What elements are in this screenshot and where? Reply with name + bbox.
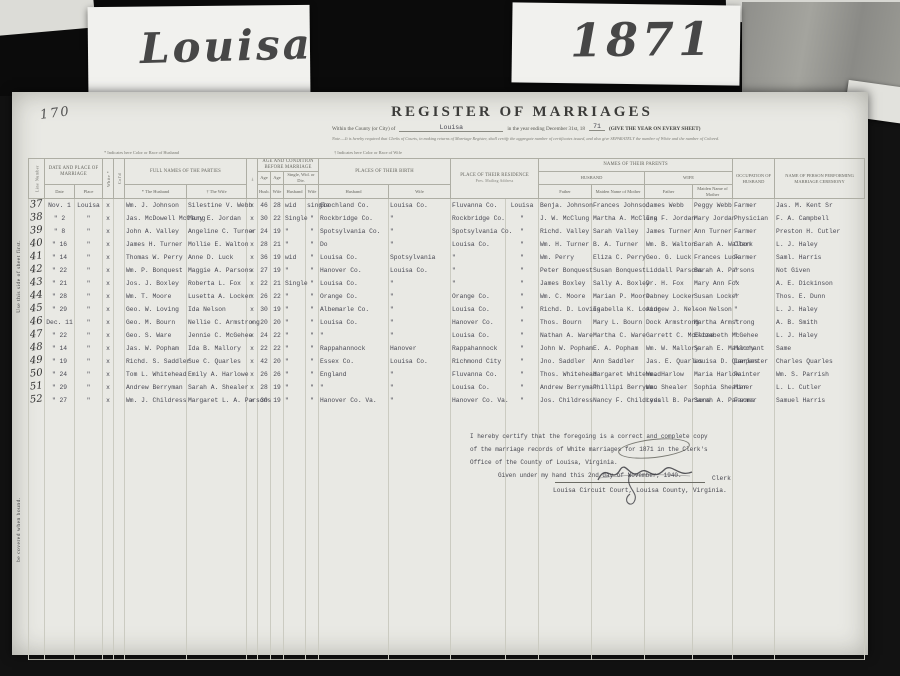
- cell-age-husband: 22: [258, 342, 271, 355]
- year-ending-label: in the year ending December 31st, 18: [507, 126, 585, 132]
- cell-father-of-wife: Wm. B. Walton: [645, 238, 693, 251]
- cell-husband-name: Tom L. Whitehead: [125, 368, 187, 381]
- empty-cell-occupation: [733, 563, 775, 575]
- empty-cell-marriage-date: [45, 587, 75, 599]
- cell-age-wife: 22: [271, 212, 284, 225]
- empty-cell-line-number: [29, 527, 45, 539]
- empty-cell-birthplace-wife: [389, 647, 451, 659]
- cell-marriage-place: ": [75, 238, 103, 251]
- cell-marriage-place: ": [75, 329, 103, 342]
- empty-cell-mailing-address: [506, 491, 539, 503]
- cell-line-number: 43: [29, 277, 45, 290]
- cell-condition-husband: wid: [284, 199, 306, 213]
- empty-cell-condition-wife: [306, 467, 319, 479]
- empty-cell-condition-wife: [306, 539, 319, 551]
- empty-cell-condition-wife: [306, 635, 319, 647]
- empty-cell-race-mark-wife: [247, 563, 258, 575]
- empty-cell-wife-name: [187, 515, 247, 527]
- empty-cell-condition-husband: [284, 551, 306, 563]
- cell-age-husband: 36: [258, 251, 271, 264]
- margin-binding-note: be covered when bound. Use this side of …: [16, 240, 22, 562]
- empty-cell-mother-of-wife: [693, 539, 733, 551]
- cell-birthplace-wife: ": [389, 290, 451, 303]
- cell-residence-place: Rappahannock: [451, 342, 506, 355]
- empty-cell-marriage-date: [45, 623, 75, 635]
- empty-cell-marriage-place: [75, 539, 103, 551]
- empty-cell-mother-of-husband: [592, 551, 645, 563]
- empty-cell-mother-of-wife: [693, 527, 733, 539]
- empty-cell-wife-name: [187, 563, 247, 575]
- cell-condition-wife: ": [306, 381, 319, 394]
- empty-cell-occupation: [733, 515, 775, 527]
- empty-cell-marriage-date: [45, 527, 75, 539]
- empty-cell-mother-of-wife: [693, 635, 733, 647]
- empty-cell-race-mark-husband: [103, 467, 114, 479]
- empty-cell-condition-wife: [306, 503, 319, 515]
- cell-condition-wife: ": [306, 316, 319, 329]
- empty-cell-husband-name: [125, 491, 187, 503]
- empty-cell-birthplace-wife: [389, 503, 451, 515]
- empty-cell-wife-name: [187, 527, 247, 539]
- empty-cell-line-number: [29, 455, 45, 467]
- empty-cell-marriage-place: [75, 635, 103, 647]
- col-group-residence: PLACE OF THEIR RESIDENCE Pres. Mailing A…: [451, 159, 539, 199]
- empty-cell-father-of-wife: [645, 611, 693, 623]
- empty-cell-marriage-place: [75, 503, 103, 515]
- cell-age-wife: 28: [271, 199, 284, 213]
- register-row: 51" 29"xAndrew BerrymanSarah A. Shealerx…: [29, 381, 865, 394]
- empty-cell-mother-of-wife: [693, 551, 733, 563]
- empty-cell-condition-husband: [284, 587, 306, 599]
- empty-cell-race-mark-husband: [103, 443, 114, 455]
- empty-cell-occupation: [733, 611, 775, 623]
- col-birth-wife: Wife: [389, 185, 451, 199]
- cell-husband-name: Geo. S. Ware: [125, 329, 187, 342]
- cell-age-wife: 19: [271, 251, 284, 264]
- col-parents-husband: HUSBAND: [539, 172, 645, 185]
- cell-birthplace-husband: Hanover Co.: [319, 264, 389, 277]
- cell-father-of-husband: Nathan A. Ware: [539, 329, 592, 342]
- cell-marriage-date: " 16: [45, 238, 75, 251]
- empty-cell-mailing-address: [506, 551, 539, 563]
- cell-occupation: Clerk: [733, 238, 775, 251]
- cell-line-number: 52: [29, 394, 45, 407]
- register-row: 41" 14"xThomas W. PerryAnne D. Luckx3619…: [29, 251, 865, 264]
- cell-marriage-date: " 2: [45, 212, 75, 225]
- cell-marriage-place: ": [75, 381, 103, 394]
- cell-race-mark-2: [114, 381, 125, 394]
- empty-cell-race-mark-husband: [103, 635, 114, 647]
- empty-cell-birthplace-husband: [319, 587, 389, 599]
- cell-residence-place: Hanover Co. Va.: [451, 394, 506, 407]
- cell-father-of-husband: James Boxley: [539, 277, 592, 290]
- cell-husband-name: Geo. W. Loving: [125, 303, 187, 316]
- cell-race-mark-husband: x: [103, 368, 114, 381]
- empty-cell-birthplace-husband: [319, 407, 389, 419]
- cell-race-mark-2: [114, 329, 125, 342]
- cell-father-of-husband: Wm. C. Moore: [539, 290, 592, 303]
- empty-cell-race-mark-husband: [103, 527, 114, 539]
- year-label-card: 1871: [511, 2, 740, 85]
- empty-cell-birthplace-wife: [389, 443, 451, 455]
- empty-cell-race-mark-husband: [103, 431, 114, 443]
- empty-cell-condition-husband: [284, 407, 306, 419]
- empty-cell-condition-husband: [284, 563, 306, 575]
- empty-cell-age-husband: [258, 563, 271, 575]
- cell-mailing-address: ": [506, 212, 539, 225]
- empty-cell-minister-name: [775, 647, 865, 659]
- empty-cell-husband-name: [125, 623, 187, 635]
- empty-cell-condition-wife: [306, 587, 319, 599]
- empty-cell-birthplace-husband: [319, 527, 389, 539]
- cell-line-number: 50: [29, 368, 45, 381]
- empty-cell-line-number: [29, 431, 45, 443]
- empty-cell-mailing-address: [506, 635, 539, 647]
- empty-cell-age-wife: [271, 611, 284, 623]
- cell-birthplace-wife: Louisa Co.: [389, 264, 451, 277]
- cell-marriage-date: " 29: [45, 381, 75, 394]
- empty-cell-residence-place: [451, 599, 506, 611]
- empty-cell-mother-of-husband: [592, 527, 645, 539]
- cell-race-mark-wife: x: [247, 368, 258, 381]
- empty-cell-residence-place: [451, 515, 506, 527]
- empty-cell-minister-name: [775, 575, 865, 587]
- empty-cell-minister-name: [775, 611, 865, 623]
- empty-cell-occupation: [733, 539, 775, 551]
- cell-wife-name: Angeline C. Turner: [187, 225, 247, 238]
- empty-cell-father-of-husband: [539, 539, 592, 551]
- empty-cell-age-wife: [271, 443, 284, 455]
- empty-register-row: [29, 527, 865, 539]
- empty-cell-occupation: [733, 407, 775, 419]
- empty-register-row: [29, 563, 865, 575]
- empty-cell-race-mark-2: [114, 503, 125, 515]
- cell-condition-wife: ": [306, 342, 319, 355]
- empty-cell-race-mark-2: [114, 491, 125, 503]
- register-row: 38" 2"xJas. McDowell McClungMary E. Jord…: [29, 212, 865, 225]
- empty-cell-race-mark-2: [114, 551, 125, 563]
- empty-cell-condition-husband: [284, 539, 306, 551]
- cell-birthplace-husband: Louisa Co.: [319, 316, 389, 329]
- empty-cell-mother-of-wife: [693, 563, 733, 575]
- empty-cell-wife-name: [187, 539, 247, 551]
- cell-father-of-wife: Wm. W. Mallory: [645, 342, 693, 355]
- empty-cell-age-husband: [258, 527, 271, 539]
- empty-cell-birthplace-husband: [319, 599, 389, 611]
- empty-cell-wife-name: [187, 419, 247, 431]
- empty-cell-wife-name: [187, 587, 247, 599]
- cell-mailing-address: ": [506, 303, 539, 316]
- empty-cell-age-wife: [271, 527, 284, 539]
- cell-marriage-place: ": [75, 342, 103, 355]
- empty-cell-marriage-date: [45, 539, 75, 551]
- empty-cell-occupation: [733, 647, 775, 659]
- empty-cell-wife-name: [187, 455, 247, 467]
- empty-cell-line-number: [29, 539, 45, 551]
- cell-birthplace-husband: Louisa Co.: [319, 277, 389, 290]
- cell-mother-of-wife: Peggy Webb: [693, 199, 733, 213]
- cell-marriage-date: " 14: [45, 342, 75, 355]
- cell-residence-place: ": [451, 251, 506, 264]
- cell-minister-name: L. J. Haley: [775, 303, 865, 316]
- cell-residence-place: Orange Co.: [451, 290, 506, 303]
- cell-husband-name: Richd. S. Saddler: [125, 355, 187, 368]
- year-instruction: (GIVE THE YEAR ON EVERY SHEET): [609, 126, 700, 132]
- empty-cell-race-mark-wife: [247, 611, 258, 623]
- cell-birthplace-wife: ": [389, 329, 451, 342]
- cell-residence-place: ": [451, 264, 506, 277]
- empty-cell-father-of-husband: [539, 515, 592, 527]
- empty-cell-mother-of-wife: [693, 515, 733, 527]
- col-father-wife: Father: [645, 185, 693, 199]
- margin-note-bottom: be covered when bound.: [16, 497, 22, 562]
- cell-age-wife: 21: [271, 238, 284, 251]
- col-minister: NAME OF PERSON PERFORMING MARRIAGE CEREM…: [775, 159, 865, 199]
- empty-cell-residence-place: [451, 623, 506, 635]
- empty-cell-wife-name: [187, 503, 247, 515]
- empty-cell-race-mark-2: [114, 575, 125, 587]
- empty-cell-line-number: [29, 419, 45, 431]
- cell-race-mark-2: [114, 303, 125, 316]
- cell-race-mark-husband: x: [103, 316, 114, 329]
- empty-cell-wife-name: [187, 443, 247, 455]
- empty-cell-father-of-wife: [645, 515, 693, 527]
- empty-cell-birthplace-husband: [319, 575, 389, 587]
- cell-race-mark-husband: x: [103, 342, 114, 355]
- empty-cell-condition-husband: [284, 443, 306, 455]
- cell-husband-name: Wm. P. Bonquest: [125, 264, 187, 277]
- empty-cell-residence-place: [451, 491, 506, 503]
- empty-cell-race-mark-husband: [103, 575, 114, 587]
- col-occupation: OCCUPATION OF HUSBAND: [733, 159, 775, 199]
- empty-cell-age-wife: [271, 467, 284, 479]
- cell-condition-wife: ": [306, 394, 319, 407]
- empty-cell-race-mark-2: [114, 599, 125, 611]
- cell-age-husband: 24: [258, 329, 271, 342]
- empty-cell-husband-name: [125, 479, 187, 491]
- empty-register-row: [29, 539, 865, 551]
- empty-cell-mailing-address: [506, 515, 539, 527]
- empty-cell-line-number: [29, 515, 45, 527]
- cell-minister-name: L. J. Haley: [775, 329, 865, 342]
- empty-cell-race-mark-2: [114, 563, 125, 575]
- cell-line-number: 45: [29, 303, 45, 316]
- empty-cell-birthplace-wife: [389, 431, 451, 443]
- cell-line-number: 39: [29, 225, 45, 238]
- cell-birthplace-wife: Spotsylvania: [389, 251, 451, 264]
- empty-cell-birthplace-husband: [319, 563, 389, 575]
- cell-condition-husband: ": [284, 238, 306, 251]
- col-date: Date: [45, 185, 75, 199]
- empty-cell-line-number: [29, 503, 45, 515]
- cell-birthplace-husband: Essex Co.: [319, 355, 389, 368]
- empty-cell-father-of-wife: [645, 527, 693, 539]
- cell-line-number: 44: [29, 290, 45, 303]
- empty-cell-age-wife: [271, 479, 284, 491]
- cell-marriage-place: ": [75, 225, 103, 238]
- empty-cell-condition-husband: [284, 575, 306, 587]
- empty-cell-race-mark-wife: [247, 599, 258, 611]
- col-age-1: Age: [258, 172, 271, 185]
- empty-cell-mother-of-husband: [592, 635, 645, 647]
- empty-cell-residence-place: [451, 407, 506, 419]
- empty-cell-minister-name: [775, 635, 865, 647]
- empty-cell-mother-of-wife: [693, 599, 733, 611]
- empty-cell-father-of-wife: [645, 635, 693, 647]
- clerks-instruction-note: Note.—It is hereby required that Clerks …: [332, 136, 862, 141]
- col-age-wife: Wife: [271, 185, 284, 199]
- cell-birthplace-husband: Rappahannock: [319, 342, 389, 355]
- col-group-parents: NAMES OF THEIR PARENTS: [539, 159, 733, 172]
- empty-cell-line-number: [29, 479, 45, 491]
- empty-cell-age-husband: [258, 635, 271, 647]
- empty-cell-condition-husband: [284, 419, 306, 431]
- cell-mother-of-husband: Phillipi Berryman: [592, 381, 645, 394]
- empty-cell-age-wife: [271, 623, 284, 635]
- cell-condition-husband: ": [284, 355, 306, 368]
- empty-cell-race-mark-wife: [247, 467, 258, 479]
- empty-cell-residence-place: [451, 527, 506, 539]
- register-table-header: Line Number DATE AND PLACE OF MARRIAGE W…: [29, 159, 865, 199]
- cell-husband-name: John A. Valley: [125, 225, 187, 238]
- col-husband-name: * The Husband: [125, 185, 187, 199]
- cell-residence-place: Louisa Co.: [451, 381, 506, 394]
- empty-cell-occupation: [733, 503, 775, 515]
- cell-marriage-place: ": [75, 277, 103, 290]
- empty-cell-mailing-address: [506, 647, 539, 659]
- cell-mother-of-wife: Ann Turner: [693, 225, 733, 238]
- cell-father-of-wife: Ira F. Jordan: [645, 212, 693, 225]
- cell-race-mark-husband: x: [103, 212, 114, 225]
- empty-cell-residence-place: [451, 635, 506, 647]
- register-row: 46Dec. 11"xGeo. M. BournNellie C. Armstr…: [29, 316, 865, 329]
- cell-mailing-address: ": [506, 342, 539, 355]
- cell-mother-of-wife: Martha Armstrong: [693, 316, 733, 329]
- empty-cell-race-mark-2: [114, 635, 125, 647]
- cell-mother-of-husband: Nancy F. Childress: [592, 394, 645, 407]
- empty-cell-condition-wife: [306, 479, 319, 491]
- empty-cell-occupation: [733, 491, 775, 503]
- empty-cell-race-mark-wife: [247, 431, 258, 443]
- col-line-number: Line Number: [29, 159, 45, 199]
- empty-cell-race-mark-2: [114, 443, 125, 455]
- empty-cell-marriage-date: [45, 563, 75, 575]
- cell-marriage-date: " 14: [45, 251, 75, 264]
- cell-mother-of-wife: Elizabeth McGehee: [693, 329, 733, 342]
- cell-race-mark-wife: x: [247, 355, 258, 368]
- register-row: 42" 22"xWm. P. BonquestMaggie A. Parsons…: [29, 264, 865, 277]
- empty-cell-occupation: [733, 575, 775, 587]
- empty-cell-age-husband: [258, 503, 271, 515]
- cell-father-of-wife: Andrew J. Nelson: [645, 303, 693, 316]
- cell-minister-name: Not Given: [775, 264, 865, 277]
- cell-age-husband: 20: [258, 316, 271, 329]
- cell-birthplace-husband: Goochland Co.: [319, 199, 389, 213]
- cell-marriage-date: " 28: [45, 290, 75, 303]
- empty-cell-birthplace-wife: [389, 539, 451, 551]
- cell-birthplace-husband: Do: [319, 238, 389, 251]
- col-group-full-names: FULL NAMES OF THE PARTIES: [125, 159, 247, 185]
- cell-husband-name: Thomas W. Perry: [125, 251, 187, 264]
- empty-cell-marriage-date: [45, 443, 75, 455]
- cell-wife-name: Nellie C. Armstrong: [187, 316, 247, 329]
- empty-cell-husband-name: [125, 575, 187, 587]
- cell-birthplace-wife: ": [389, 238, 451, 251]
- cell-father-of-husband: Jno. Saddler: [539, 355, 592, 368]
- cell-marriage-place: ": [75, 303, 103, 316]
- cell-condition-husband: ": [284, 225, 306, 238]
- cell-condition-husband: ": [284, 316, 306, 329]
- empty-cell-marriage-date: [45, 575, 75, 587]
- cell-condition-wife: ": [306, 355, 319, 368]
- cell-wife-name: Mollie E. Walton: [187, 238, 247, 251]
- empty-cell-father-of-wife: [645, 623, 693, 635]
- cell-condition-wife: ": [306, 368, 319, 381]
- empty-cell-condition-husband: [284, 515, 306, 527]
- cell-mother-of-husband: Margaret Whitehead: [592, 368, 645, 381]
- empty-cell-husband-name: [125, 635, 187, 647]
- empty-cell-mother-of-wife: [693, 407, 733, 419]
- empty-cell-condition-husband: [284, 479, 306, 491]
- empty-cell-husband-name: [125, 407, 187, 419]
- cell-marriage-place: ": [75, 264, 103, 277]
- cell-race-mark-2: [114, 342, 125, 355]
- cell-mother-of-husband: Sally A. Boxley: [592, 277, 645, 290]
- empty-cell-race-mark-husband: [103, 503, 114, 515]
- cell-residence-place: Hanover Co.: [451, 316, 506, 329]
- cell-line-number: 42: [29, 264, 45, 277]
- empty-cell-condition-husband: [284, 431, 306, 443]
- empty-cell-minister-name: [775, 503, 865, 515]
- empty-cell-condition-wife: [306, 419, 319, 431]
- cell-marriage-place: ": [75, 316, 103, 329]
- cell-age-husband: 30: [258, 303, 271, 316]
- cell-mailing-address: ": [506, 290, 539, 303]
- empty-cell-race-mark-2: [114, 479, 125, 491]
- empty-cell-race-mark-husband: [103, 539, 114, 551]
- cell-residence-place: Rockbridge Co.: [451, 212, 506, 225]
- cell-race-mark-2: [114, 199, 125, 213]
- empty-cell-age-husband: [258, 539, 271, 551]
- cell-father-of-wife: Dock Armstrong: [645, 316, 693, 329]
- empty-cell-mailing-address: [506, 587, 539, 599]
- empty-cell-husband-name: [125, 587, 187, 599]
- cell-father-of-wife: Garrett C. McGehee: [645, 329, 693, 342]
- cell-mother-of-wife: Sarah A. Parsons: [693, 394, 733, 407]
- col-white-wife: †: [247, 159, 258, 199]
- empty-cell-birthplace-wife: [389, 551, 451, 563]
- empty-cell-marriage-place: [75, 443, 103, 455]
- cell-wife-name: Lusetta A. Locker: [187, 290, 247, 303]
- empty-cell-line-number: [29, 443, 45, 455]
- col-father-husband: Father: [539, 185, 592, 199]
- empty-cell-marriage-date: [45, 611, 75, 623]
- empty-cell-mailing-address: [506, 407, 539, 419]
- cell-father-of-husband: Andrew Berryman: [539, 381, 592, 394]
- empty-cell-race-mark-wife: [247, 539, 258, 551]
- register-row: 37Nov. 1LouisaxWm. J. JohnsonSilestine V…: [29, 199, 865, 213]
- cell-condition-husband: Single: [284, 212, 306, 225]
- empty-cell-age-husband: [258, 575, 271, 587]
- cell-residence-place: Fluvanna Co.: [451, 368, 506, 381]
- empty-cell-mother-of-wife: [693, 611, 733, 623]
- empty-cell-wife-name: [187, 575, 247, 587]
- cell-mother-of-husband: Sarah Valley: [592, 225, 645, 238]
- cell-line-number: 37: [29, 199, 45, 213]
- empty-cell-wife-name: [187, 611, 247, 623]
- empty-cell-father-of-wife: [645, 647, 693, 659]
- cell-age-husband: 24: [258, 225, 271, 238]
